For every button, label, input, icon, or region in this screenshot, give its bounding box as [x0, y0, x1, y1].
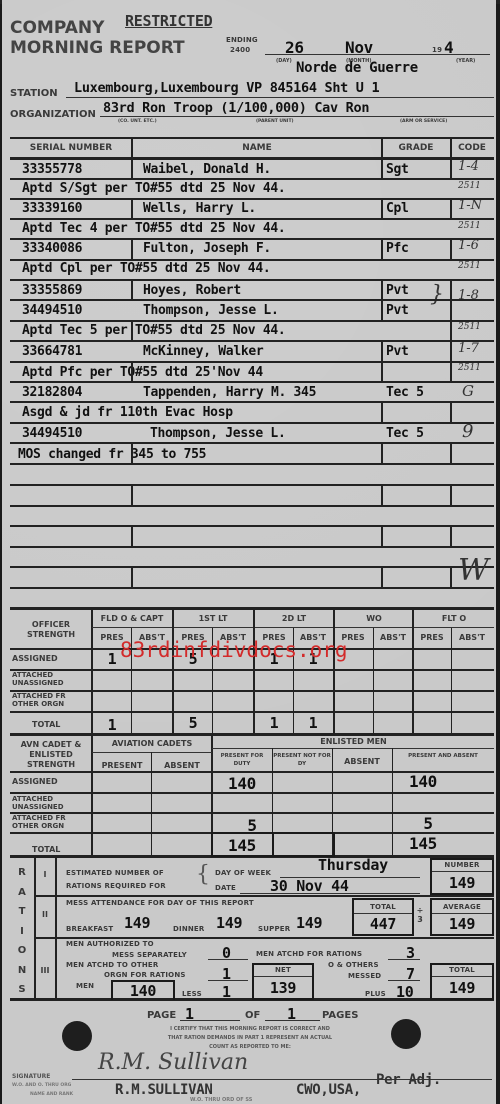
day-of-week-label: DAY OF WEEK [215, 869, 271, 877]
watermark: 83rdinfdivdocs.org [120, 638, 348, 662]
col-present-for-duty: PRESENT FOR DUTY [213, 752, 271, 768]
per-adjutant: Per Adj. [376, 1072, 441, 1088]
group-fld-capt: FLD O & CAPT [93, 614, 171, 623]
group-2d-lt: 2D LT [255, 614, 333, 623]
enlisted-value: 140 [213, 774, 271, 793]
roster-serial: 33339160 [22, 201, 82, 216]
day-of-week-value: Thursday [318, 856, 388, 874]
report-year: 4 [444, 38, 453, 57]
rations-section-i: I [35, 870, 55, 879]
roster-name: Hoyes, Robert [143, 283, 241, 298]
col-name: NAME [132, 143, 382, 153]
officer-total-value: 1 [93, 716, 131, 734]
roster-serial: 34494510 [22, 426, 82, 441]
atchd-rations-value: 3 [406, 944, 415, 962]
col-present-not-for-duty: PRESENT NOT FOR DY [273, 752, 331, 768]
col-code: CODE [450, 143, 494, 153]
col-grade: GRADE [382, 143, 450, 153]
dinner-label: DINNER [173, 925, 205, 933]
enlisted-strength-title: AVN CADET & ENLISTED STRENGTH [10, 740, 92, 770]
rations-number-value: 149 [432, 874, 492, 892]
rations-total-value: 149 [432, 979, 492, 997]
brace-icon: { [196, 862, 210, 887]
station-label: STATION [10, 88, 58, 99]
group-enlisted-men: ENLISTED MEN [213, 737, 494, 746]
officer-total-value: 1 [255, 714, 293, 732]
roster-name: Thompson, Jesse L. [150, 426, 285, 441]
initials-mark: W [458, 553, 489, 588]
officer-row-attached-other: ATTACHED FR OTHER ORGN [12, 692, 86, 708]
roster-name: Thompson, Jesse L. [143, 303, 278, 318]
enlisted-row-attached-other: ATTACHED FR OTHER ORGN [12, 814, 86, 830]
others-value: 7 [406, 965, 415, 983]
ending-time-label: 2400 [230, 46, 250, 54]
rations-date-value: 30 Nov 44 [270, 877, 349, 895]
rations-total-label: TOTAL [432, 966, 492, 974]
messed-label: MESSED [348, 972, 381, 980]
roster-name: Wells, Harry L. [143, 201, 256, 216]
enlisted-row-total: TOTAL [32, 845, 60, 854]
enlisted-row-assigned: ASSIGNED [12, 777, 58, 786]
roster-grade: Pvt [386, 344, 409, 359]
rations-estimated-label: ESTIMATED NUMBER OF [66, 869, 164, 877]
roster-name: Tappenden, Harry M. 345 [143, 385, 316, 400]
organization-label: ORGANIZATION [10, 109, 96, 120]
roster-grade: Pfc [386, 241, 409, 256]
officer-total-value: 5 [173, 714, 213, 732]
rations-side-label: RATIONS [10, 863, 34, 1000]
mess-total-label: TOTAL [354, 903, 412, 911]
group-aviation-cadets: AVIATION CADETS [93, 739, 211, 748]
col-enlisted-absent: ABSENT [333, 757, 391, 766]
roster-serial: 33355778 [22, 162, 82, 177]
col-cadets-present: PRESENT [93, 761, 151, 770]
net-value: 139 [254, 979, 312, 997]
punch-hole-left [62, 1021, 92, 1051]
atchd-other-label: MEN ATCHD TO OTHER [66, 961, 158, 969]
roster-code: 1-7 [458, 341, 479, 356]
roster-serial: 33355869 [22, 283, 82, 298]
roster-grade: Cpl [386, 201, 409, 216]
org-caption-unit: (CO. UNT. ETC.) [118, 119, 157, 124]
signer-name: R.M.SULLIVAN [115, 1082, 213, 1098]
mess-attendance-label: MESS ATTENDANCE FOR DAY OF THIS REPORT [66, 899, 254, 907]
net-label: NET [254, 966, 312, 974]
less-label: LESS [182, 990, 202, 998]
breakfast-label: BREAKFAST [66, 925, 113, 933]
signature-sub-label: W.O. AND O. THRU ORG [12, 1083, 71, 1088]
report-month: Nov [345, 38, 373, 57]
officer-row-assigned: ASSIGNED [12, 654, 58, 663]
atchd-rations-label: MEN ATCHD FOR RATIONS [256, 950, 362, 958]
group-flt-o: FLT O [414, 614, 494, 623]
mess-average-label: AVERAGE [432, 903, 492, 911]
dinner-value: 149 [216, 914, 242, 932]
ending-label: ENDING [226, 36, 258, 44]
plus-value: 10 [396, 983, 413, 1001]
roster-code: 1-6 [458, 238, 479, 253]
supper-label: SUPPER [258, 925, 290, 933]
group-1st-lt: 1ST LT [173, 614, 253, 623]
roster-grade: Pvt [386, 283, 409, 298]
rations-section-ii: II [35, 910, 55, 919]
rations-section-iii: III [35, 966, 55, 975]
roster-code: 2511 [458, 322, 481, 332]
mess-total-value: 447 [354, 915, 412, 933]
men-value: 140 [113, 982, 173, 1000]
signature-label: SIGNATURE [12, 1073, 50, 1080]
year-caption: (YEAR) [456, 58, 475, 64]
location-note: Norde de Guerre [296, 60, 418, 76]
page-label: PAGE [147, 1010, 176, 1021]
report-day: 26 [285, 38, 304, 57]
day-caption: (DAY) [276, 58, 292, 64]
roster-code: 2511 [458, 363, 481, 373]
enlisted-total-value: 145 [213, 836, 271, 855]
roster-code: 1-N [458, 198, 482, 213]
mess-average-value: 149 [432, 915, 492, 933]
enlisted-total-value: 145 [393, 834, 453, 853]
roster-name: Fulton, Joseph F. [143, 241, 271, 256]
roster-serial: 32182804 [22, 385, 82, 400]
roster-code: 2511 [458, 261, 481, 271]
men-label: MEN [76, 982, 94, 990]
rations-required-label: RATIONS REQUIRED FOR [66, 882, 166, 890]
roster-serial: 33340086 [22, 241, 82, 256]
mess-separately-label: MESS SEPARATELY [112, 951, 187, 959]
organization-value: 83rd Ron Troop (1/100,000) Cav Ron [103, 100, 369, 116]
roster-code: 9 [462, 421, 473, 442]
subcol-abst: ABS'T [374, 633, 412, 642]
roster-grade: Sgt [386, 162, 409, 177]
roster-name: McKinney, Walker [143, 344, 263, 359]
roster-remark: Aptd Tec 4 per TO#55 dtd 25 Nov 44. [22, 221, 285, 236]
station-value: Luxembourg,Luxembourg VP 845164 Sht U 1 [74, 80, 379, 96]
enlisted-value: 5 [398, 814, 458, 833]
brace-mark: } [430, 282, 444, 307]
officer-row-total: TOTAL [32, 720, 60, 729]
name-rank-label: NAME AND RANK [30, 1092, 73, 1097]
punch-hole-right [391, 1019, 421, 1049]
handwritten-signature: R.M. Sullivan [98, 1050, 248, 1075]
officer-strength-title: OFFICER STRENGTH [10, 620, 92, 640]
certification-text: I CERTIFY THAT THIS MORNING REPORT IS CO… [120, 1025, 380, 1052]
pages-label: PAGES [322, 1010, 358, 1021]
year-prefix: 19 [432, 46, 442, 54]
subcol-abst: ABS'T [452, 633, 492, 642]
divide-by-three: ÷ 3 [414, 906, 426, 924]
of-label: OF [245, 1010, 260, 1021]
enlisted-row-attached-unassigned: ATTACHED UNASSIGNED [12, 795, 86, 811]
form-title-company: COMPANY [10, 18, 104, 38]
roster-grade: Pvt [386, 303, 409, 318]
roster-serial: 34494510 [22, 303, 82, 318]
signer-rank: CWO,USA, [296, 1082, 361, 1098]
rations-date-label: DATE [215, 884, 236, 892]
col-cadets-absent: ABSENT [153, 761, 211, 770]
roster-remark: Aptd Cpl per TO#55 dtd 25 Nov 44. [22, 261, 270, 276]
auth-separately-label: MEN AUTHORIZED TO [66, 940, 154, 948]
bottom-caption: W.O. THRU ORD OF SS [190, 1097, 252, 1103]
officer-row-attached-unassigned: ATTACHED UNASSIGNED [12, 671, 86, 687]
officer-total-value: 1 [294, 714, 332, 732]
supper-value: 149 [296, 914, 322, 932]
form-title-morning-report: MORNING REPORT [10, 38, 185, 58]
roster-remark: MOS changed fr 345 to 755 [18, 447, 206, 462]
others-label: O & OTHERS [328, 961, 379, 969]
org-caption-parent: (PARENT UNIT) [256, 119, 294, 124]
roster-name: Waibel, Donald H. [143, 162, 271, 177]
roster-remark: Aptd Pfc per TO#55 dtd 25'Nov 44 [22, 365, 263, 380]
roster-remark: Asgd & jd fr 110th Evac Hosp [22, 405, 233, 420]
col-serial-number: SERIAL NUMBER [10, 143, 132, 153]
roster-remark: Aptd Tec 5 per TO#55 dtd 25 Nov 44. [22, 323, 285, 338]
group-wo: WO [335, 614, 413, 623]
classification-stamp: RESTRICTED [125, 12, 212, 30]
roster-code: 2511 [458, 221, 481, 231]
roster-grade: Tec 5 [386, 426, 424, 441]
col-present-and-absent: PRESENT AND ABSENT [393, 752, 493, 760]
less-value: 1 [222, 983, 231, 1001]
roster-code: G [462, 382, 474, 400]
breakfast-value: 149 [124, 914, 150, 932]
orgn-rations-label: ORGN FOR RATIONS [104, 971, 186, 979]
atchd-other-value: 1 [222, 965, 231, 983]
roster-code: 2511 [458, 181, 481, 191]
org-caption-arm: (ARM OR SERVICE) [400, 119, 447, 124]
total-not-duty-box [272, 832, 335, 857]
subcol-pres: PRES [413, 633, 451, 642]
roster-serial: 33664781 [22, 344, 82, 359]
enlisted-value: 140 [393, 772, 453, 791]
rations-number-label: NUMBER [432, 861, 492, 869]
auth-separately-value: 0 [222, 944, 231, 962]
roster-remark: Aptd S/Sgt per TO#55 dtd 25 Nov 44. [22, 181, 285, 196]
plus-label: PLUS [365, 990, 386, 998]
roster-grade: Tec 5 [386, 385, 424, 400]
roster-code: 1-4 [458, 159, 479, 174]
